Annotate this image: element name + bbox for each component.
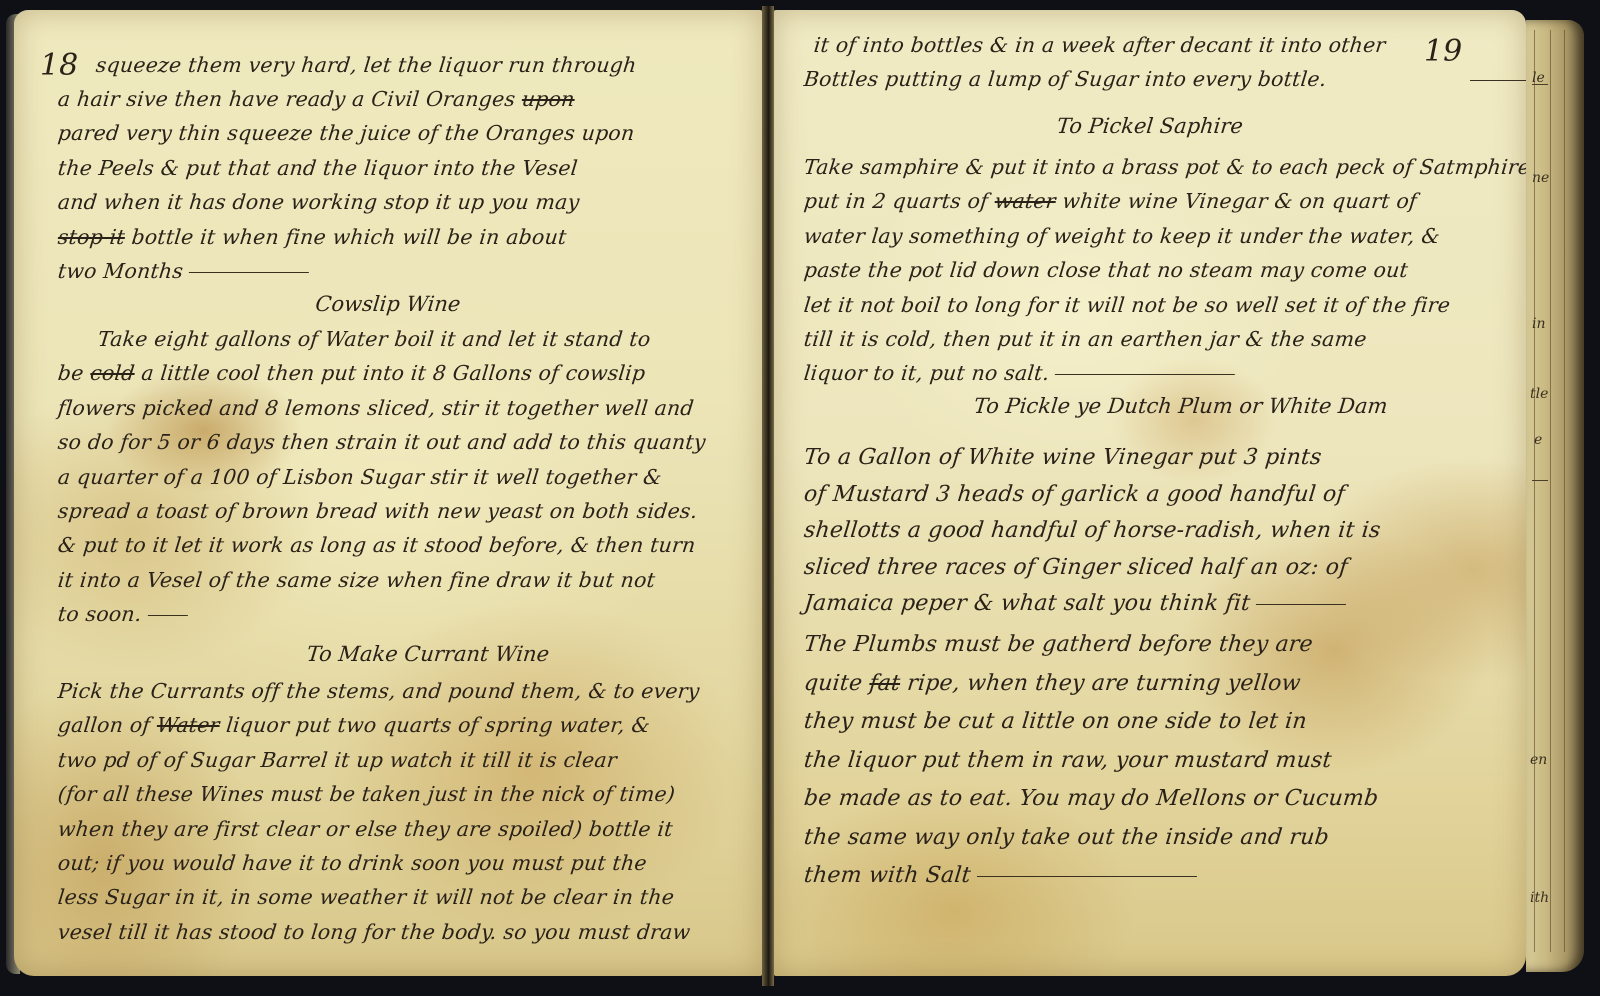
- edge-fragment: ith: [1530, 890, 1549, 906]
- text-line: of Mustard 3 heads of garlick a good han…: [802, 477, 1382, 514]
- text-line: Take eight gallons of Water boil it and …: [56, 322, 707, 356]
- text-line: gallon of Water liquor put two quarts of…: [56, 708, 701, 742]
- text-line: they must be cut a little on one side to…: [802, 703, 1380, 742]
- text-line: Jamaica peper & what salt you think fit: [802, 586, 1382, 623]
- text-line: water lay something of weight to keep it…: [802, 219, 1532, 253]
- edge-mark: [1532, 480, 1548, 481]
- left-intro-text: squeeze them very hard, let the liquor r…: [96, 48, 637, 82]
- text-line: Bottles putting a lump of Sugar into eve…: [802, 62, 1387, 96]
- text-line: put in 2 quarts of water white wine Vine…: [802, 184, 1532, 218]
- text-line: till it is cold, then put it in an earth…: [802, 322, 1532, 356]
- text-line: the Peels & put that and the liquor into…: [56, 151, 636, 185]
- text-line: let it not boil to long for it will not …: [802, 288, 1532, 322]
- open-manuscript-book: 18 squeeze them very hard, let the liquo…: [6, 6, 1596, 992]
- text-line: (for all these Wines must be taken just …: [56, 777, 701, 811]
- recipe-body-pickel-saphire: Take samphire & put it into a brass pot …: [804, 150, 1530, 391]
- recipe-body-currant-wine: Pick the Currants off the stems, and pou…: [58, 674, 700, 949]
- text-line: be made as to eat. You may do Mellons or…: [802, 780, 1380, 819]
- text-line: vesel till it has stood to long for the …: [56, 915, 701, 949]
- left-page: 18 squeeze them very hard, let the liquo…: [14, 10, 762, 976]
- text-line: a hair sive then have ready a Civil Oran…: [56, 82, 636, 116]
- edge-fragment: tle: [1530, 386, 1548, 402]
- right-page: 19 it of into bottles & in a week after …: [774, 10, 1526, 976]
- recipe-heading-currant-wine: To Make Currant Wine: [52, 634, 804, 674]
- text-line: so do for 5 or 6 days then strain it out…: [56, 425, 707, 459]
- page-number-right: 19: [1424, 34, 1462, 69]
- text-line: quite fat ripe, when they are turning ye…: [802, 665, 1380, 704]
- text-line: less Sugar in it, in some weather it wil…: [56, 880, 701, 914]
- right-intro-text: it of into bottles & in a week after dec…: [804, 28, 1386, 97]
- recipe-body-cowslip-wine: Take eight gallons of Water boil it and …: [58, 322, 706, 632]
- text-line: sliced three races of Ginger sliced half…: [802, 550, 1382, 587]
- text-line: Pick the Currants off the stems, and pou…: [56, 674, 701, 708]
- text-line: a quarter of a 100 of Lisbon Sugar stir …: [56, 460, 707, 494]
- text-line: Take samphire & put it into a brass pot …: [802, 150, 1532, 184]
- text-line: them with Salt: [802, 857, 1380, 896]
- edge-fragment: en: [1530, 752, 1547, 768]
- text-line: flowers picked and 8 lemons sliced, stir…: [56, 391, 707, 425]
- recipe-heading-pickle-dutch-plum: To Pickle ye Dutch Plum or White Dam: [972, 386, 1536, 426]
- text-line: two pd of of Sugar Barrel it up watch it…: [56, 743, 701, 777]
- book-gutter: [762, 6, 774, 986]
- edge-fragment: e: [1534, 432, 1542, 448]
- edge-fragment: in: [1532, 316, 1546, 332]
- text-line: The Plumbs must be gatherd before they a…: [802, 626, 1380, 665]
- text-line: out; if you would have it to drink soon …: [56, 846, 701, 880]
- recipe-body-plumb-notes: The Plumbs must be gatherd before they a…: [804, 626, 1378, 896]
- text-line: shellotts a good handful of horse-radish…: [802, 513, 1382, 550]
- edge-mark: [1532, 84, 1548, 85]
- edge-line: [1550, 30, 1551, 952]
- text-line: when they are first clear or else they a…: [56, 812, 701, 846]
- text-line: To a Gallon of White wine Vinegar put 3 …: [802, 440, 1382, 477]
- edge-fragment: ne: [1532, 170, 1549, 186]
- recipe-body-pickle-dutch-plum: To a Gallon of White wine Vinegar put 3 …: [804, 440, 1380, 623]
- text-line: the same way only take out the inside an…: [802, 819, 1380, 858]
- page-number-left: 18: [40, 48, 78, 83]
- recipe-heading-pickel-saphire: To Pickel Saphire: [772, 106, 1528, 146]
- edge-line: [1564, 30, 1565, 952]
- text-line: stop it bottle it when fine which will b…: [56, 220, 636, 254]
- text-line: be cold a little cool then put into it 8…: [56, 356, 707, 390]
- text-line: and when it has done working stop it up …: [56, 185, 636, 219]
- page-edge-stack: le ne in tle e en ith: [1526, 20, 1584, 972]
- text-line: the liquor put them in raw, your mustard…: [802, 742, 1380, 781]
- text-line: spread a toast of brown bread with new y…: [56, 494, 707, 528]
- left-intro-text-cont: a hair sive then have ready a Civil Oran…: [58, 82, 634, 288]
- text-line: it into a Vesel of the same size when fi…: [56, 563, 707, 597]
- edge-line: [1534, 30, 1535, 952]
- text-line: to soon.: [56, 597, 707, 631]
- rule-line: [1470, 80, 1530, 81]
- text-line: pared very thin squeeze the juice of the…: [56, 116, 636, 150]
- text-line: it of into bottles & in a week after dec…: [802, 28, 1387, 62]
- text-line: squeeze them very hard, let the liquor r…: [94, 48, 638, 82]
- text-line: paste the pot lid down close that no ste…: [802, 253, 1532, 287]
- recipe-heading-cowslip-wine: Cowslip Wine: [12, 284, 764, 324]
- text-line: & put to it let it work as long as it st…: [56, 528, 707, 562]
